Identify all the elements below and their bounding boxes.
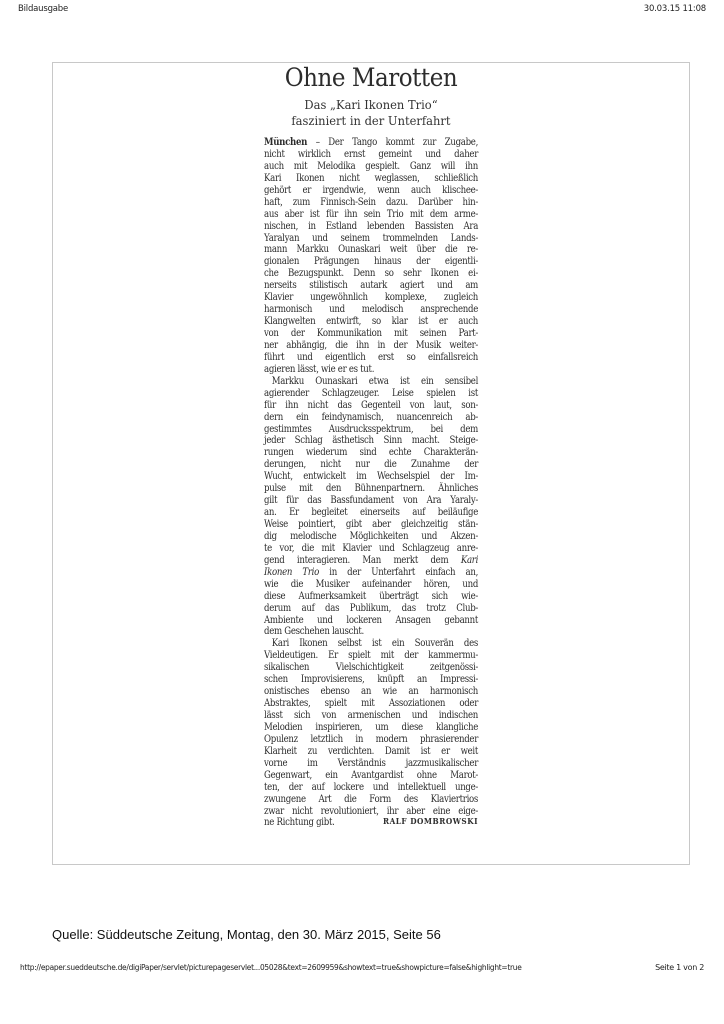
article-line: gestimmtes Ausdrucksspektrum, bei dem [264,424,478,436]
article-line: Markku Ounaskari etwa ist ein sensibel [264,376,478,388]
article: Ohne Marotten Das „Kari Ikonen Trio“ fas… [264,63,478,829]
article-line: onistisches ebenso an wie an harmonisch [264,686,478,698]
article-line: agieren lässt, wie er es tut. [264,364,478,376]
footer-page-indicator: Seite 1 von 2 [655,963,704,972]
italic-band-name: Kari [461,555,478,566]
article-line: Gegenwart, ein Avantgardist ohne Marot- [264,770,478,782]
article-line: Ambiente und lockeren Ansagen gebannt [264,615,478,627]
subhead-line-1: Das „Kari Ikonen Trio“ [273,97,470,113]
article-line: an. Er begleitet einerseits auf beiläufi… [264,507,478,519]
author-byline: RALF DOMBROWSKI [383,817,478,829]
article-line: te vor, die mit Klavier und Schlagzeug a… [264,543,478,555]
article-subheadline: Das „Kari Ikonen Trio“ fasziniert in der… [273,97,470,129]
article-line: wie die Musiker aufeinander hören, und [264,579,478,591]
article-line: rungen wiederum sind echte Charakterän- [264,447,478,459]
article-line: mann Markku Ounaskari weit über die re- [264,244,478,256]
article-line: sikalischen Vielschichtigkeit zeitgenöss… [264,662,478,674]
article-line: che Bezugspunkt. Denn so sehr Ikonen ei- [264,268,478,280]
article-line: lässt sich von armenischen und indischen [264,710,478,722]
article-line: auch mit Melodika gespielt. Ganz will ih… [264,161,478,173]
article-line: haft, zum Finnisch-Sein dazu. Darüber hi… [264,197,478,209]
article-line: ner abhängig, die ihn in der Musik weite… [264,340,478,352]
article-lines-part-1: nicht wirklich ernst gemeint und daherau… [264,149,478,555]
article-line: zwungene Art die Form des Klaviertrios [264,794,478,806]
article-line: nerseits stilistisch autark agiert und a… [264,280,478,292]
article-line: dig melodische Möglichkeiten und Akzen- [264,531,478,543]
article-line: nischen, in Estland lebenden Bassisten A… [264,221,478,233]
article-line: Klavier ungewöhnlich komplexe, zugleich [264,292,478,304]
print-header-timestamp: 30.03.15 11:08 [644,4,706,14]
article-line: diese Aufmerksamkeit überträgt sich wie- [264,591,478,603]
article-line: Vieldeutigen. Er spielt mit der kammermu… [264,650,478,662]
article-line: schen Improvisierens, knüpft an Impressi… [264,674,478,686]
article-line: gilt für das Bassfundament von Ara Yaral… [264,495,478,507]
article-line-final: ne Richtung gibt.RALF DOMBROWSKI [264,817,478,829]
final-text: ne Richtung gibt. [264,817,335,828]
article-line: harmonisch und melodisch ansprechende [264,304,478,316]
article-line: Weise pointiert, gibt aber gleichzeitig … [264,519,478,531]
article-line: aus aber ist für ihn sein Trio mit dem a… [264,209,478,221]
article-line: Abstraktes, spielt mit Assoziationen ode… [264,698,478,710]
article-line: ten, der auf lockere und intellektuell u… [264,782,478,794]
article-headline: Ohne Marotten [273,63,470,93]
article-line: führt und eigentlich erst so einfallsrei… [264,352,478,364]
article-line-first: München – Der Tango kommt zur Zugabe, [264,137,478,149]
article-line: Wucht, entwickelt im Wechselspiel der Im… [264,471,478,483]
article-line: von der Kommunikation mit seinen Part- [264,328,478,340]
italic-band-name-2: Ikonen Trio [264,567,319,578]
article-line: dern ein feindynamisch, nuancenreich ab- [264,412,478,424]
article-line: Klangwelten entwirft, so klar ist er auc… [264,316,478,328]
article-line: gionalen Prägungen hinaus der eigentli- [264,256,478,268]
article-line: gehört er irgendwie, wenn auch klischee- [264,185,478,197]
footer-url[interactable]: http://epaper.sueddeutsche.de/digiPaper/… [20,963,522,972]
article-line: vorne im Verständnis jazzmusikalischer [264,758,478,770]
source-citation: Quelle: Süddeutsche Zeitung, Montag, den… [52,927,441,942]
print-header-title: Bildausgabe [18,4,68,14]
article-body: München – Der Tango kommt zur Zugabe, ni… [264,137,478,829]
article-line: Yaralyan und seinem trommelnden Lands- [264,233,478,245]
article-line: derungen, nicht nur die Zunahme der [264,459,478,471]
article-lines-part-2: wie die Musiker aufeinander hören, unddi… [264,579,478,818]
article-line: derum auf das Publikum, das trotz Club- [264,603,478,615]
dateline: München [264,137,307,148]
article-line: Klarheit zu verdichten. Damit ist er wei… [264,746,478,758]
article-line: Opulenz letztlich in modern phrasierende… [264,734,478,746]
article-line: dem Geschehen lauscht. [264,626,478,638]
article-line: Kari Ikonen selbst ist ein Souverän des [264,638,478,650]
article-line: pulse mit den Bühnenpartnern. Ähnliches [264,483,478,495]
article-line: Melodien inspirieren, um diese klanglich… [264,722,478,734]
article-line: Kari Ikonen nicht weglassen, schließlich [264,173,478,185]
article-line: nicht wirklich ernst gemeint und daher [264,149,478,161]
article-line-italic: gend interagieren. Man merkt dem Kari [264,555,478,567]
article-line: für ihn nicht das Gegenteil von laut, so… [264,400,478,412]
subhead-line-2: fasziniert in der Unterfahrt [273,113,470,129]
article-line: jeder Schlag ästhetisch Sinn macht. Stei… [264,435,478,447]
article-line: zwar nicht revolutioniert, ihr aber eine… [264,806,478,818]
article-line-italic-2: Ikonen Trio in der Unterfahrt einfach an… [264,567,478,579]
article-line: agierender Schlagzeuger. Leise spielen i… [264,388,478,400]
